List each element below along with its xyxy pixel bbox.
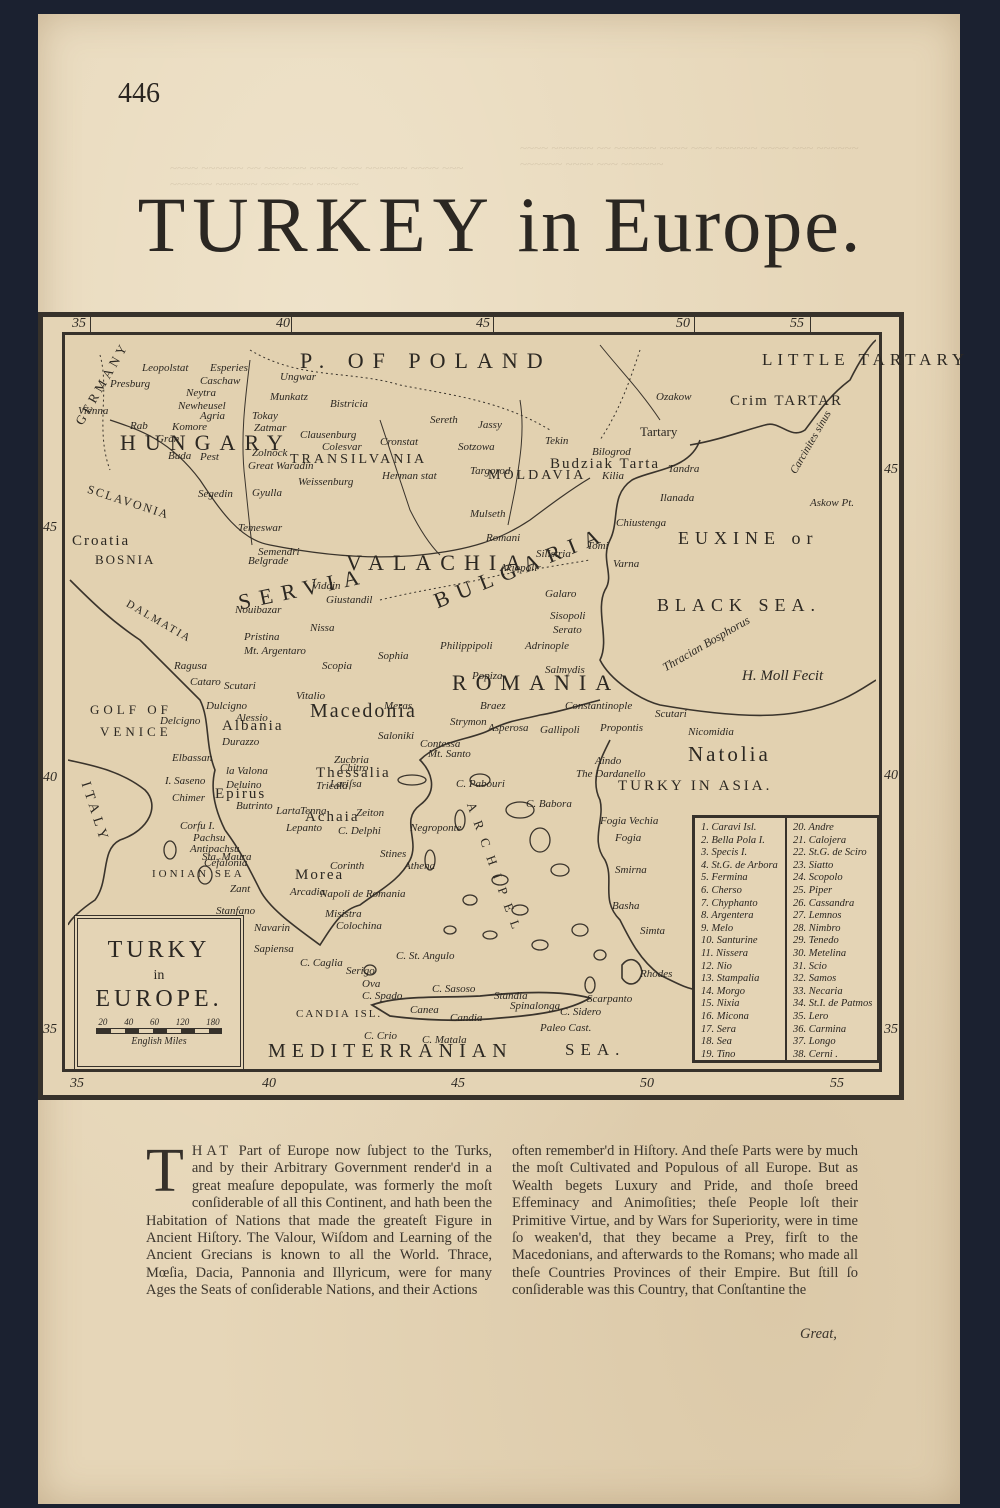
town-label: Colochina [336,920,382,932]
town-label: Galaro [545,588,576,600]
region-croatia: Croatia [72,533,130,550]
town-label: Scutari [224,680,256,692]
town-label: Gallipoli [540,724,580,736]
region-crim-tartar: Crim TARTAR [730,393,843,410]
town-label: Corfu I. [180,820,215,832]
text-column-left: THAT Part of Europe now ſubject to the T… [146,1143,492,1300]
town-label: Targorod [470,465,510,477]
sea-ionian: IONIAN SEA [152,868,245,880]
town-label: Ilanada [660,492,694,504]
legend-item: 2. Bella Pola I. [701,835,783,848]
legend-item: 3. Specis I. [701,847,783,860]
town-label: C. Sidero [560,1006,601,1018]
legend-item: 19. Tino [701,1049,783,1062]
town-label: Spinalonga [510,1000,560,1012]
legend-item: 18. Sea [701,1036,783,1049]
town-label: Ozakow [656,391,691,403]
town-label: Dulcigno [206,700,247,712]
town-label: Sotzowa [458,441,495,453]
border [600,350,640,440]
island-legend: 1. Caravi Isl.2. Bella Pola I.3. Specis … [692,815,880,1063]
town-label: Jassy [478,419,502,431]
cartouche-title-line2: in [78,968,240,984]
town-label: Saloniki [378,730,414,742]
town-label: Zatmar [254,422,286,434]
scale-number: 40 [124,1017,133,1027]
town-label: Rab [130,420,148,432]
scale-number: 20 [98,1017,107,1027]
town-label: Aindo [595,755,621,767]
town-label: Larta [276,805,300,817]
town-label: Kilia [602,470,624,482]
town-label: Sapiensa [254,943,294,955]
scale-bar [96,1028,222,1034]
town-label: Smirna [615,864,647,876]
legend-item: 25. Piper [793,885,875,898]
region-bosnia: BOSNIA [95,552,155,568]
legend-item: 11. Nissera [701,948,783,961]
town-label: Pest [200,451,219,463]
region-little-tartary: LITTLE TARTARY [762,350,969,370]
sea-black: BLACK SEA. [657,595,821,616]
town-label: Scutari [655,708,687,720]
legend-item: 32. Samos [793,973,875,986]
legend-item: 27. Lemnos [793,910,875,923]
town-label: Meras [384,700,412,712]
town-label: Salmydis [545,664,585,676]
town-label: Gyulla [252,487,282,499]
town-label: Gran [156,433,179,445]
sea-propontis: Propontis [600,722,643,734]
legend-item: 34. St.I. de Patmos [793,998,875,1011]
opening-caps: HAT [192,1143,232,1159]
town-label: Vienna [78,405,108,417]
town-label: Ova [362,978,380,990]
legend-item: 24. Scopolo [793,872,875,885]
town-label: Great Waradin [248,460,314,472]
town-label: C. Crio [364,1030,397,1042]
legend-item: 4. St.G. de Arbora [701,860,783,873]
legend-item: 6. Cherso [701,885,783,898]
town-label: The Dardanello [576,768,646,780]
town-label: Misistra [325,908,362,920]
town-label: Ungwar [280,371,316,383]
town-label: Stines [380,848,406,860]
town-label: Tricala [316,780,348,792]
town-label: Asperosa [488,722,529,734]
town-label: Athena [404,860,435,872]
legend-item: 8. Argentera [701,910,783,923]
town-label: Serato [553,624,582,636]
town-label: Askow Pt. [810,497,854,509]
town-label: Cataro [190,676,221,688]
town-label: C. St. Angulo [396,950,454,962]
legend-item: 30. Metelina [793,948,875,961]
legend-item: 28. Nimbro [793,923,875,936]
cartouche-title-line3: EUROPE. [78,986,240,1013]
town-label: Ragusa [174,660,207,672]
town-label: Sisopoli [550,610,585,622]
town-label: Herman stat [382,470,437,482]
scale-number: 60 [150,1017,159,1027]
town-label: Scopia [322,660,352,672]
legend-item: 12. Nio [701,961,783,974]
town-label: Caschaw [200,375,240,387]
town-label: Zolnock [252,447,287,459]
right-column-text: often remember'd in Hiſtory. And theſe P… [512,1143,858,1298]
sea-mediterranean-2: SEA. [565,1040,625,1060]
legend-item: 17. Sera [701,1024,783,1037]
legend-item: 5. Fermina [701,872,783,885]
town-label: Giustandil [326,594,372,606]
legend-item: 15. Nixia [701,998,783,1011]
river [508,400,522,525]
town-label: Serigo [346,965,375,977]
town-label: Chimer [172,792,205,804]
legend-item: 29. Tenedo [793,935,875,948]
text-column-right: often remember'd in Hiſtory. And theſe P… [512,1143,858,1300]
legend-column-1: 1. Caravi Isl.2. Bella Pola I.3. Specis … [695,818,787,1060]
town-label: Mt. Santo [428,748,471,760]
town-label: Chitro [340,762,368,774]
region-label: LITTLE TARTARY [762,350,969,369]
town-label: Cronstat [380,436,418,448]
map-title-cartouche: TURKY in EUROPE. 20 40 60 120 180 Englis… [74,915,244,1070]
town-label: Mulseth [470,508,505,520]
drop-cap: T [146,1145,184,1197]
legend-item: 35. Lero [793,1011,875,1024]
scale-numbers: 20 40 60 120 180 [90,1017,228,1027]
town-label: C. Pabouri [456,778,505,790]
town-label: Nouibazar [235,604,281,616]
town-label: Constantinople [565,700,632,712]
town-label: Tenna [300,805,327,817]
scale-number: 180 [206,1017,220,1027]
town-label: Segedin [198,488,233,500]
town-label: Vitalio [296,690,325,702]
town-label: Temeswar [238,522,282,534]
town-label: Paleo Cast. [540,1022,591,1034]
town-label: Navarin [254,922,290,934]
town-label: Pristina [244,631,279,643]
town-label: C. Spado [362,990,402,1002]
town-label: Tandra [668,463,699,475]
catchword: Great, [800,1326,837,1343]
town-label: Fogia [615,832,641,844]
town-label: Tomi [587,540,609,552]
sea-euxine: EUXINE or [678,528,818,549]
town-label: Cefalonia [204,857,247,869]
town-label: Clausenburg [300,429,356,441]
town-label: Simta [640,925,665,937]
region-natolia: Natolia [688,742,771,767]
river [600,345,660,420]
town-label: Rhodes [640,968,672,980]
sea-mediterranean: MEDITERRANIAN [268,1040,513,1063]
town-label: Tokay [252,410,278,422]
legend-item: 31. Scio [793,961,875,974]
black-sea-coast [600,440,876,715]
town-label: Napoli de Romania [320,888,406,900]
town-label: Romani [486,532,520,544]
legend-item: 22. St.G. de Sciro [793,847,875,860]
town-label: Zant [230,883,250,895]
town-label: Bistricia [330,398,368,410]
town-label: Strymon [450,716,487,728]
town-label: Corinth [330,860,364,872]
town-label: Varna [613,558,639,570]
town-label: Negroponte [410,822,462,834]
town-label: Deluino [226,779,261,791]
town-label: Silistria [536,548,571,560]
town-label: Basha [612,900,640,912]
town-label: Delcigno [160,715,200,727]
town-label: Butrinto [236,800,273,812]
town-label: Philippipoli [440,640,493,652]
legend-item: 14. Morgo [701,986,783,999]
town-label: Buda [168,450,191,462]
legend-item: 1. Caravi Isl. [701,822,783,835]
scale-number: 120 [176,1017,190,1027]
legend-column-2: 20. Andre21. Calojera22. St.G. de Sciro2… [787,818,877,1060]
town-label: Fogia Vechia [600,815,658,827]
town-label: C. Matala [422,1034,467,1046]
town-label: Alessio [236,712,268,724]
town-label: Weissenburg [298,476,353,488]
town-label: Candia [450,1012,482,1024]
legend-item: 38. Cerni . [793,1049,875,1062]
engraver-signature: H. Moll Fecit [742,668,823,685]
town-label: C. Delphi [338,825,381,837]
town-label: Canea [410,1004,439,1016]
town-label: Chiustenga [616,517,666,529]
cartouche-title-line1: TURKY [78,937,240,964]
legend-item: 37. Longo [793,1036,875,1049]
legend-item: 21. Calojera [793,835,875,848]
town-label: la Valona [226,765,268,777]
town-label: Bilogrod [592,446,631,458]
town-label: Axiopoli [500,562,537,574]
town-label: Braez [480,700,506,712]
legend-item: 9. Melo [701,923,783,936]
town-label: Popiza [472,670,503,682]
town-label: Neytra [186,387,216,399]
town-label: C. Sasoso [432,983,475,995]
town-label: Scarpanto [587,993,632,1005]
region-tartary: Tartary [640,424,677,440]
scale-units: English Miles [78,1036,240,1047]
town-label: Durazzo [222,736,259,748]
town-label: Presburg [110,378,150,390]
town-label: Zeiton [356,807,384,819]
town-label: Semendri [258,546,300,558]
town-label: C. Caglia [300,957,343,969]
town-label: Mt. Argentaro [244,645,306,657]
town-label: Leopolstat [142,362,188,374]
legend-item: 26. Cassandra [793,898,875,911]
town-label: Viddin [312,580,341,592]
legend-item: 20. Andre [793,822,875,835]
legend-item: 36. Carmina [793,1024,875,1037]
legend-item: 16. Micona [701,1011,783,1024]
town-label: Sereth [430,414,458,426]
region-poland: P. OF POLAND [300,348,552,374]
rhodes-island [622,960,642,984]
legend-item: 33. Necaria [793,986,875,999]
legend-item: 13. Stampalia [701,973,783,986]
town-label: Colesvar [322,441,362,453]
town-label: C. Babora [526,798,572,810]
town-label: Adrinople [525,640,569,652]
town-label: Munkatz [270,391,308,403]
legend-item: 10. Santurine [701,935,783,948]
town-label: Esperies [210,362,248,374]
town-label: Lepanto [286,822,322,834]
town-label: Elbassan [172,752,212,764]
town-label: Nissa [310,622,334,634]
town-label: Komore [172,421,207,433]
region-turky-in-asia: TURKY in ASIA. [618,778,772,795]
sea-candia-isl: CANDIA ISL. [296,1008,382,1020]
legend-item: 23. Siatto [793,860,875,873]
town-label: I. Saseno [165,775,205,787]
town-label: Sophia [378,650,409,662]
town-label: Nicomidia [688,726,734,738]
left-column-text: Part of Europe now ſubject to the Turks,… [146,1143,492,1298]
town-label: Tekin [545,435,568,447]
legend-item: 7. Chyphanto [701,898,783,911]
